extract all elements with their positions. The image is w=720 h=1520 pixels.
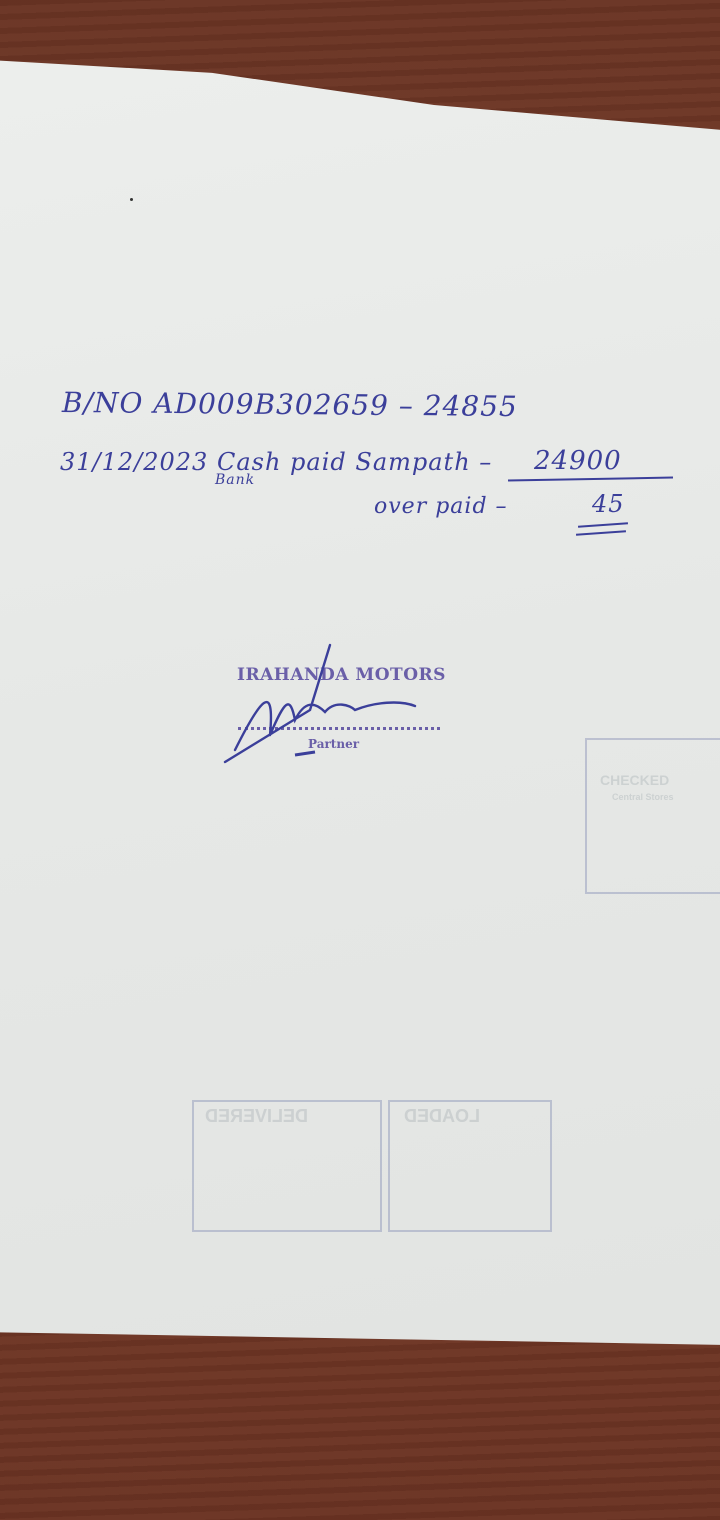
ink-speck: [130, 198, 133, 201]
bill-number-line: B/NO AD009B302659 – 24855: [62, 386, 518, 423]
signature-icon: [215, 640, 435, 770]
faint-checked-sub: Central Stores: [612, 792, 674, 802]
faint-checked-stamp: [585, 738, 720, 894]
payment-amount: 24900: [534, 446, 622, 476]
payment-line: 31/12/2023 Cash paid Sampath –: [60, 448, 492, 476]
faint-checked-text: CHECKED: [600, 772, 669, 788]
over-paid-amount: 45: [592, 490, 625, 518]
faint-delivered-text: DELIVERED: [205, 1106, 308, 1127]
bank-label: Bank: [215, 472, 255, 488]
over-paid-label: over paid –: [374, 494, 508, 519]
faint-loaded-text: LOADED: [404, 1106, 480, 1127]
